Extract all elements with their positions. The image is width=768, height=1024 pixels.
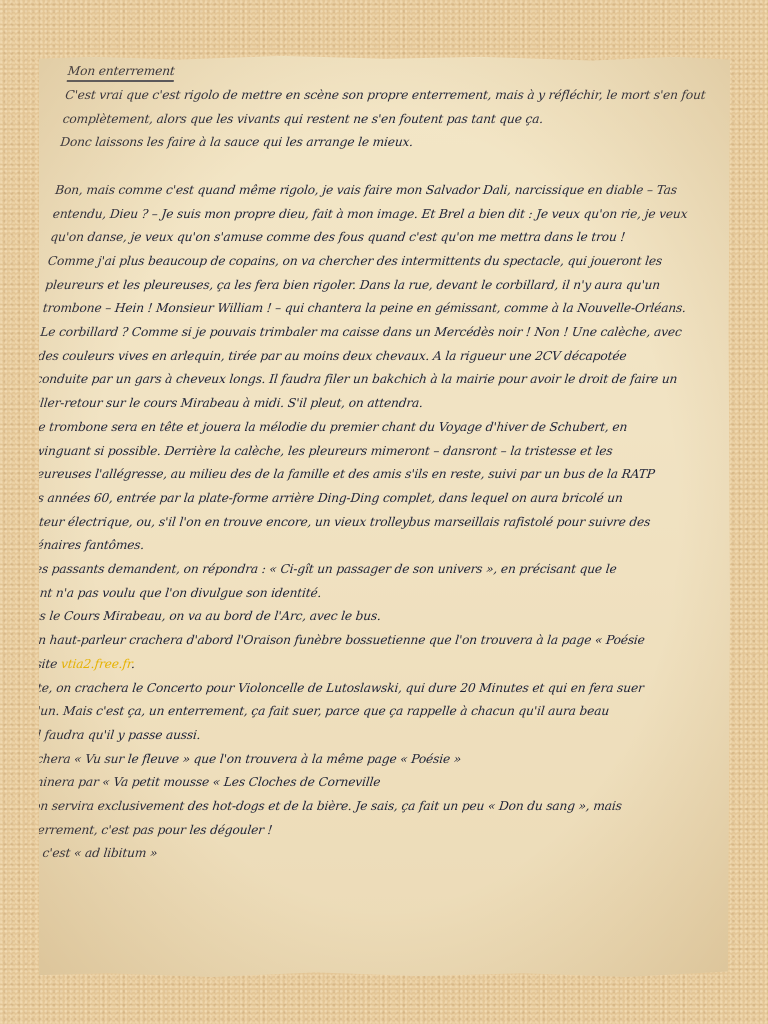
paragraph-with-link: Là, un haut-parleur crachera d'abord l'O… [4, 629, 652, 676]
paragraph: Ensuite, on crachera le Concerto pour Vi… [0, 677, 647, 748]
paragraph: On terminera par « Va petit mousse « Les… [0, 771, 637, 795]
paragraph: Comme j'ai plus beaucoup de copains, on … [32, 250, 692, 416]
letter-title: Mon enterrement [67, 62, 176, 82]
paragraph: Bon, mais comme c'est quand même rigolo,… [49, 179, 699, 250]
paragraph: C'est vrai que c'est rigolo de mettre en… [61, 84, 709, 131]
paragraph: Donc laissons les faire à la sauce qui l… [59, 131, 704, 155]
paragraph: Après, on servira exclusivement des hot-… [0, 795, 635, 842]
paper-sheet: Mon enterrement C'est vrai que c'est rig… [39, 55, 730, 977]
paragraph: Le trombone sera en tête et jouera la mé… [17, 416, 675, 558]
site-link[interactable]: vtia2.free.fr [60, 657, 132, 671]
paragraph: Le reste, c'est « ad libitum » [0, 842, 630, 866]
blank-line [57, 155, 702, 179]
paragraph: On crachera « Vu sur le fleuve » que l'o… [0, 748, 640, 772]
paragraph: Après le Cours Mirabeau, on va au bord d… [9, 605, 654, 629]
letter-content: Mon enterrement C'est vrai que c'est rig… [0, 60, 712, 866]
paragraph: Si les passants demandent, on répondra :… [12, 558, 660, 605]
paragraph-text: . [131, 657, 136, 671]
